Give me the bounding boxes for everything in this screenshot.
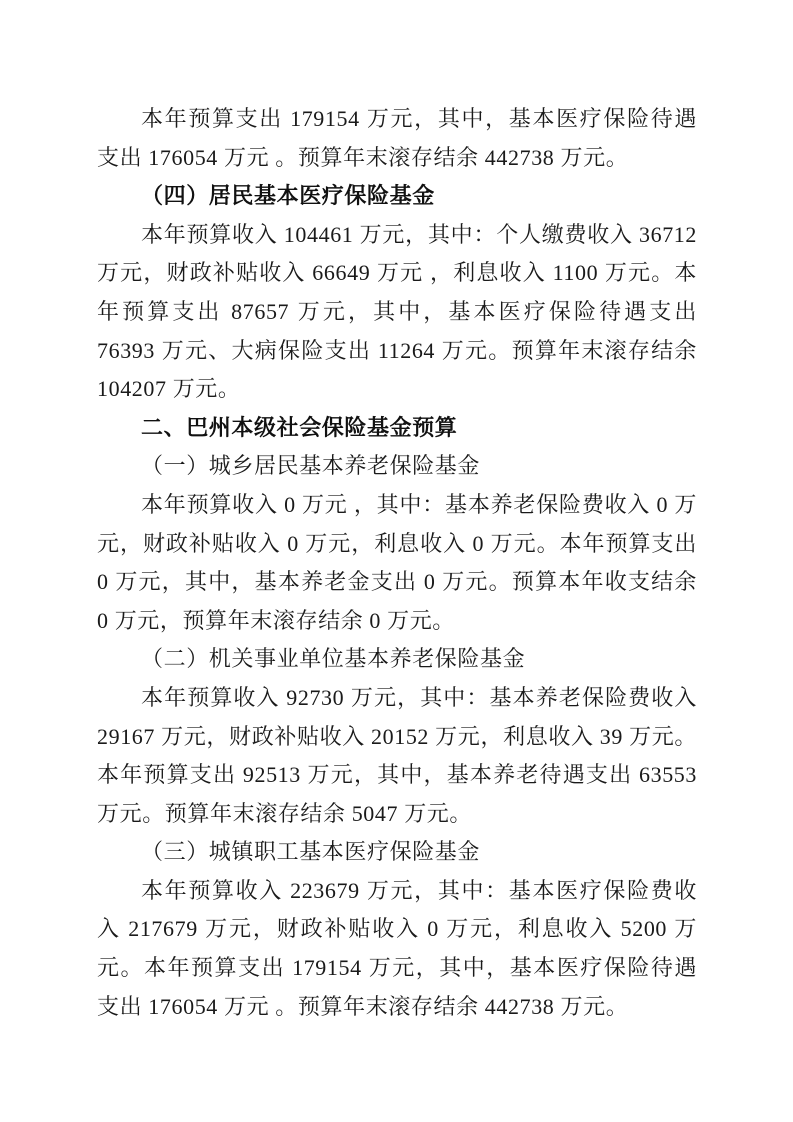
paragraph-public-institution-pension-budget: 本年预算收入 92730 万元，其中：基本养老保险费收入 29167 万元，财政… (97, 679, 697, 833)
subheading-section-1-urban-rural-resident-pension-fund: （一）城乡居民基本养老保险基金 (97, 447, 697, 486)
document-page: 本年预算支出 179154 万元，其中，基本医疗保险待遇支出 176054 万元… (0, 0, 793, 1122)
paragraph-resident-medical-fund-budget: 本年预算收入 104461 万元，其中：个人缴费收入 36712 万元，财政补贴… (97, 216, 697, 409)
paragraph-urban-employee-medical-budget: 本年预算收入 223679 万元，其中：基本医疗保险费收入 217679 万元，… (97, 872, 697, 1026)
paragraph-urban-rural-resident-pension-budget: 本年预算收入 0 万元 ，其中：基本养老保险费收入 0 万元，财政补贴收入 0 … (97, 486, 697, 640)
heading-section-4-resident-basic-medical-fund: （四）居民基本医疗保险基金 (97, 177, 697, 216)
subheading-section-3-urban-employee-medical-fund: （三）城镇职工基本医疗保险基金 (97, 833, 697, 872)
heading-part-2-prefecture-social-insurance-fund-budget: 二、巴州本级社会保险基金预算 (97, 409, 697, 448)
paragraph-employee-medical-expenditure-continuation: 本年预算支出 179154 万元，其中，基本医疗保险待遇支出 176054 万元… (97, 100, 697, 177)
subheading-section-2-public-institution-pension-fund: （二）机关事业单位基本养老保险基金 (97, 640, 697, 679)
